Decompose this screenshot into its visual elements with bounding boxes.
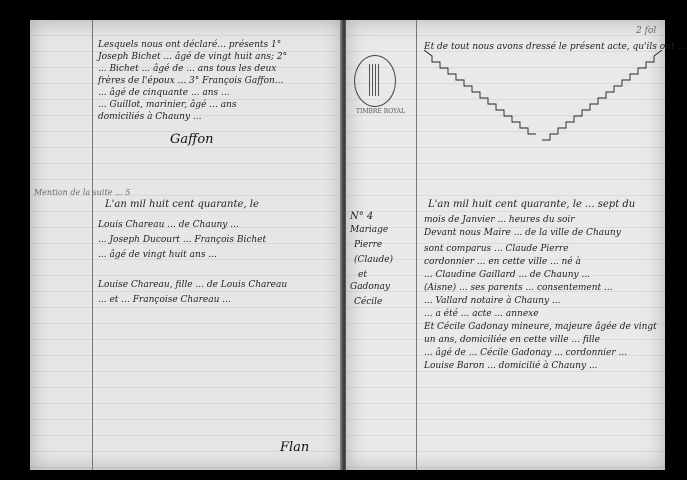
timbre-stamp [354,55,396,107]
text-line: ... âgé de cinquante ... ans ... [98,88,230,99]
text-line: frères de l'époux ... 3° François Gaffon… [98,76,283,87]
cancel-stroke [424,50,664,190]
text-line: ... âgé de vingt huit ans ... [98,250,217,261]
signature: Gaffon [170,132,214,147]
text-line: ... Bichet ... âgé de ... ans tous les d… [98,64,276,75]
closing-signature: Flan [280,440,309,455]
text-line: Louis Chareau ... de Chauny ... [98,220,239,231]
text-line: Louise Chareau, fille ... de Louis Chare… [98,280,287,291]
text-line: Joseph Bichet ... âgé de vingt huit ans;… [98,52,287,63]
text-line: ... Joseph Ducourt ... François Bichet [98,235,266,246]
entry-number: N° 4 [350,212,373,223]
left-page: Lesquels nous ont déclaré... présents 1°… [30,20,342,470]
entry-heading: L'an mil huit cent quarante, le ... sept… [428,200,635,211]
text-line: domiciliés à Chauny ... [98,112,201,123]
entry-heading: L'an mil huit cent quarante, le [105,200,259,211]
right-page: 2 fol Et de tout nous avons dressé le pr… [346,20,665,470]
margin-note: Mention de la suite ... 5 [34,188,130,199]
text-line: ... Guillot, marinier, âgé ... ans [98,100,236,111]
register-book: Lesquels nous ont déclaré... présents 1°… [30,20,665,470]
entry-kind: Mariage [350,225,388,236]
text-line: ... et ... Françoise Chareau ... [98,295,231,306]
text-line: Lesquels nous ont déclaré... présents 1° [98,40,281,51]
folio-number: 2 fol [636,26,656,37]
